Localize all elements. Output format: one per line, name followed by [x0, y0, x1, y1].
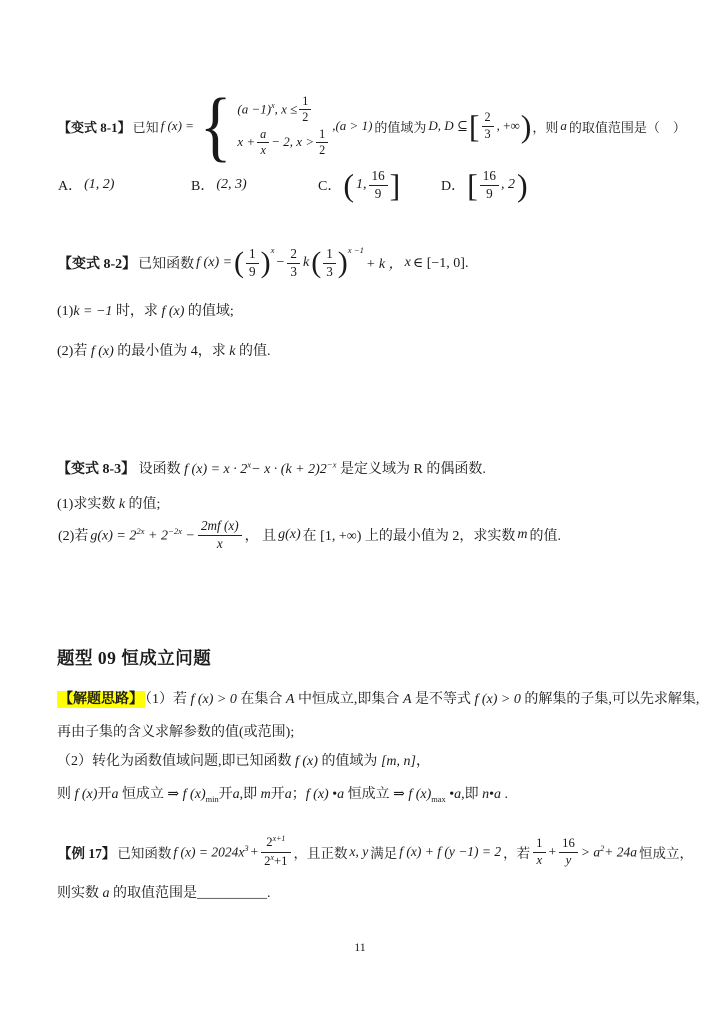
option-key: A． — [58, 175, 82, 195]
case-row-2: x + ax − 2, x > 12 — [236, 128, 329, 158]
math-seg: f (x) — [161, 304, 184, 319]
math-seg: f (x) > 0 — [475, 692, 521, 707]
text-seg: 是不等式 — [412, 692, 475, 707]
text-seg: 的值; — [125, 497, 160, 512]
text-seg: 已知 — [133, 117, 159, 136]
text-seg: ,即 — [240, 787, 261, 802]
text-seg: (1) — [57, 304, 73, 319]
fraction: 23 — [482, 111, 494, 141]
answer-blank: __________ — [197, 886, 267, 901]
problem-label: 【变式 8-3】 — [57, 462, 135, 477]
idea-line-3: （2）转化为函数值域问题,即已知函数 f (x) 的值域为 [m, n]， — [57, 750, 430, 770]
math-seg: [m, n] — [381, 754, 416, 769]
math-seg: > a2+ 24a — [581, 844, 637, 861]
document-page: 【变式 8-1】 已知 f (x) = { (a −1)x, x ≤ 12 x … — [0, 0, 720, 1018]
idea-line-4: 则 f (x)开a 恒成立 ⇒ f (x)min开a,即 m开a；f (x) •… — [57, 783, 508, 804]
text-seg: （1）若 — [145, 692, 191, 707]
problem-8-2-q2: (2)若 f (x) 的最小值为 4，求 k 的值. — [57, 340, 270, 360]
option-c: C． ( 1, 169 ] — [317, 165, 401, 205]
right-bracket: ] — [390, 169, 401, 201]
math-seg: + — [549, 844, 557, 860]
text-seg: . — [267, 886, 271, 901]
math-group: ( 13 ) x −1 — [311, 247, 364, 279]
text-seg: 的取值范围是 — [110, 886, 198, 901]
math-group: ( 19 ) x — [234, 247, 274, 279]
piecewise-cases: (a −1)x, x ≤ 12 x + ax − 2, x > 12 — [236, 95, 329, 158]
fraction: 12 — [299, 95, 311, 125]
math-seg: , +∞ — [497, 118, 520, 134]
problem-8-1: 【变式 8-1】 已知 f (x) = { (a −1)x, x ≤ 12 x … — [57, 85, 687, 167]
idea-line-2: 再由子集的含义求解参数的值(或范围); — [57, 721, 294, 741]
math-seg: a — [233, 787, 240, 802]
option-value: (1, 2) — [84, 177, 114, 193]
section-heading-text: 题型 09 恒成立问题 — [57, 648, 211, 668]
option-key: B． — [191, 175, 214, 195]
problem-8-2: 【变式 8-2】 已知函数 f (x) = ( 19 ) x − 23 k ( … — [57, 236, 469, 290]
text-seg: 在 [1, +∞) 上的最小值为 2，求实数 — [303, 525, 516, 545]
text-seg: ， — [416, 754, 430, 769]
text-seg: ,即 — [461, 787, 482, 802]
problem-label: 【例 17】 — [58, 842, 115, 862]
text-seg: . — [501, 787, 508, 802]
text-seg: 的值域; — [184, 304, 233, 319]
page-number: 11 — [0, 940, 720, 955]
left-paren: ( — [343, 169, 354, 201]
math-seg: f (x) = — [161, 118, 194, 134]
text-seg: 设函数 — [139, 462, 181, 477]
math-seg: (a −1)x, x ≤ — [237, 101, 297, 117]
text-seg: 的值域为 — [318, 754, 381, 769]
text-seg: 的取值范围是（ ） — [569, 117, 686, 136]
text-seg: ； — [292, 787, 306, 802]
math-seg: f (x) + f (y −1) = 2 — [399, 844, 501, 860]
right-paren: ) — [521, 110, 532, 142]
math-seg: a — [494, 787, 501, 802]
fraction: 2x+1 2x+1 — [261, 835, 290, 868]
math-seg: f (x)max — [408, 787, 445, 802]
ge-glyph: 开 — [271, 787, 285, 802]
text-seg: 在集合 — [237, 692, 286, 707]
problem-label: 【变式 8-1】 — [58, 117, 131, 136]
math-seg: x + — [237, 134, 255, 150]
math-seg: f (x)min — [183, 787, 219, 802]
math-seg: + k ， — [366, 253, 403, 273]
math-seg: k — [303, 255, 309, 271]
math-seg: ∈ [−1, 0]. — [413, 255, 469, 272]
text-seg: 恒成立 ⇒ — [118, 787, 182, 802]
text-seg: 时，求 — [112, 304, 161, 319]
text-seg: 的值. — [529, 525, 561, 545]
option-a: A． (1, 2) — [57, 165, 115, 205]
problem-8-2-q1: (1)k = −1 时，求 f (x) 的值域; — [57, 300, 234, 320]
math-seg: g(x) — [278, 527, 301, 543]
right-paren: ) — [517, 169, 528, 201]
problem-17: 【例 17】 已知函数 f (x) = 2024x3 + 2x+1 2x+1 ，… — [57, 826, 694, 878]
text-seg: (2)若 — [58, 525, 88, 545]
math-seg: D, D ⊆ — [428, 118, 467, 134]
math-seg: − 2, x > — [271, 134, 314, 150]
math-seg: , 2 — [501, 177, 515, 193]
option-b: B． (2, 3) — [190, 165, 248, 205]
math-seg: a — [285, 787, 292, 802]
case-row-1: (a −1)x, x ≤ 12 — [236, 95, 329, 125]
text-seg: 是定义域为 R 的偶函数. — [340, 462, 486, 477]
math-seg: f (x) > 0 — [191, 692, 237, 707]
fraction: 19 — [246, 247, 259, 279]
text-seg: 恒成立， — [639, 842, 693, 862]
text-seg: 恒成立 ⇒ — [344, 787, 408, 802]
text-seg: 则实数 — [57, 886, 103, 901]
math-seg: g(x) = 22x + 2−2x − — [90, 526, 195, 545]
text-seg: 已知函数 — [138, 253, 194, 273]
left-bracket: [ — [467, 169, 478, 201]
fraction: 2mf (x)x — [198, 519, 242, 551]
left-bracket: [ — [469, 110, 480, 142]
math-seg: − — [276, 255, 284, 271]
math-seg: f (x) = x · 2x− x · (k + 2)2−x — [184, 462, 340, 477]
option-key: C． — [318, 175, 341, 195]
math-seg: + — [251, 844, 259, 860]
math-seg: f (x) = — [196, 255, 232, 271]
math-seg: ,(a > 1) — [332, 118, 372, 134]
math-seg: 1, — [356, 177, 367, 193]
math-seg: f (x) — [295, 754, 318, 769]
math-seg: f (x) — [75, 787, 98, 802]
option-d: D． [ 169 , 2 ) — [440, 165, 529, 205]
text-seg: ，且正数 — [294, 842, 348, 862]
text-seg: (1)求实数 — [57, 497, 119, 512]
math-seg: k = −1 — [73, 304, 112, 319]
problem-8-3-q2: (2)若 g(x) = 22x + 2−2x − 2mf (x)x ， 且 g(… — [57, 512, 562, 558]
ge-glyph: 开 — [219, 787, 233, 802]
text-seg: 的值域为 — [374, 117, 426, 136]
math-seg: a — [103, 886, 110, 901]
option-value: (2, 3) — [216, 177, 246, 193]
fraction: 169 — [369, 169, 388, 201]
text-seg: 满足 — [370, 842, 397, 862]
text-seg: 的值. — [235, 344, 270, 359]
math-seg: f (x) = 2024x3 — [173, 844, 248, 861]
fraction: 23 — [287, 247, 300, 279]
math-seg: m — [517, 527, 527, 543]
dot-glyph: • — [446, 787, 454, 802]
page-number-text: 11 — [354, 940, 366, 954]
text-seg: 再由子集的含义求解参数的值(或范围); — [57, 725, 294, 740]
fraction: ax — [257, 128, 269, 158]
text-seg: 的最小值为 4，求 — [114, 344, 230, 359]
text-seg: (2)若 — [57, 344, 91, 359]
fraction: 13 — [323, 247, 336, 279]
text-seg: （2）转化为函数值域问题,即已知函数 — [57, 754, 295, 769]
math-seg: a — [560, 118, 567, 134]
text-seg: 的解集的子集,可以先求解集, — [521, 692, 700, 707]
text-seg: 则 — [57, 787, 75, 802]
piecewise-brace: { — [200, 89, 232, 163]
problem-8-3-q1: (1)求实数 k 的值; — [57, 493, 160, 513]
dot-glyph: • — [329, 787, 337, 802]
section-heading: 题型 09 恒成立问题 — [57, 645, 211, 670]
fraction: 1x — [533, 837, 545, 868]
problem-label: 【变式 8-2】 — [58, 253, 136, 273]
math-seg: A — [403, 692, 412, 707]
idea-line-1: 【解题思路】（1）若 f (x) > 0 在集合 A 中恒成立,即集合 A 是不… — [57, 688, 699, 708]
text-seg: 已知函数 — [117, 842, 171, 862]
fraction: 16y — [559, 837, 578, 868]
text-seg: ，则 — [532, 117, 558, 136]
fraction: 12 — [316, 128, 328, 158]
fraction: 169 — [480, 169, 499, 201]
math-seg: x — [405, 255, 411, 271]
problem-8-3: 【变式 8-3】 设函数 f (x) = x · 2x− x · (k + 2)… — [57, 458, 486, 478]
text-seg: ， 且 — [245, 525, 277, 545]
text-seg: 中恒成立,即集合 — [294, 692, 403, 707]
math-seg: m — [261, 787, 271, 802]
problem-17-line-2: 则实数 a 的取值范围是__________. — [57, 882, 271, 902]
ge-glyph: 开 — [97, 787, 111, 802]
option-key: D． — [441, 175, 465, 195]
idea-tag-highlight: 【解题思路】 — [57, 691, 145, 708]
math-seg: x, y — [350, 844, 369, 860]
math-seg: f (x) — [306, 787, 329, 802]
math-seg: f (x) — [91, 344, 114, 359]
text-seg: ，若 — [503, 842, 530, 862]
